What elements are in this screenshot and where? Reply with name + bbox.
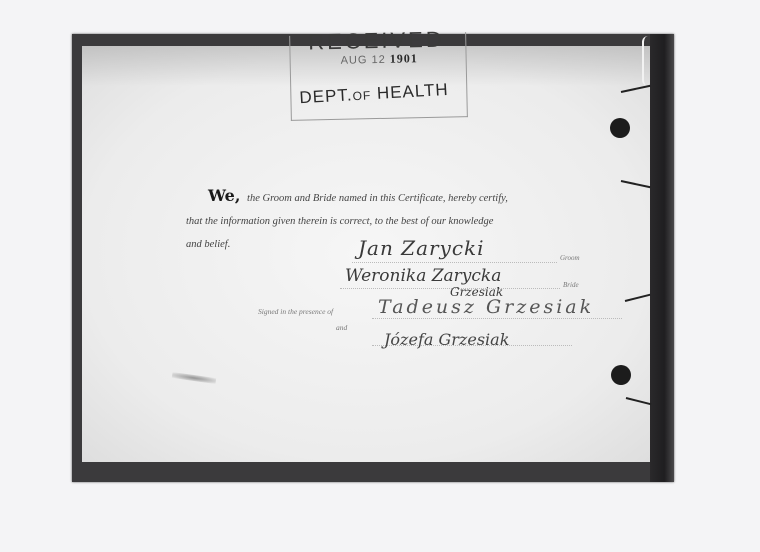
stamp-dept-left: DEPT. bbox=[299, 85, 353, 107]
certification-line-2: that the information given therein is co… bbox=[186, 216, 493, 227]
paper-tear-mark bbox=[642, 36, 654, 86]
punch-hole-top bbox=[610, 118, 630, 138]
groom-label: Groom bbox=[560, 254, 580, 262]
stamp-dept-right: HEALTH bbox=[376, 80, 449, 103]
bride-label: Bride bbox=[563, 281, 579, 289]
and-label: and bbox=[336, 323, 347, 332]
certification-line-3: and belief. bbox=[186, 239, 230, 250]
groom-signature-line bbox=[352, 262, 557, 263]
groom-signature: Jan Zarycki bbox=[358, 236, 485, 260]
certification-we: We, bbox=[208, 186, 240, 205]
bride-signature: Weronika Zarycka bbox=[345, 266, 501, 286]
stamp-date: AUG 12 1901 bbox=[340, 51, 418, 68]
stamp-dept-of: OF bbox=[352, 88, 371, 103]
signed-in-presence-label: Signed in the presence of bbox=[258, 307, 333, 316]
witness1-signature-line bbox=[372, 318, 622, 319]
stamp-date-day: AUG 12 bbox=[341, 54, 386, 67]
certification-line-1: the Groom and Bride named in this Certif… bbox=[247, 193, 508, 204]
stamp-date-year: 1901 bbox=[390, 51, 418, 66]
punch-hole-bottom bbox=[611, 365, 631, 385]
witness-2-signature: Józefa Grzesiak bbox=[384, 330, 509, 349]
witness-1-signature: Tadeusz Grzesiak bbox=[378, 296, 594, 318]
scan-right-edge bbox=[650, 34, 674, 482]
stamp-department: DEPT.OF HEALTH bbox=[299, 80, 449, 108]
received-stamp: RECEIVED AUG 12 1901 DEPT.OF HEALTH bbox=[289, 32, 468, 121]
